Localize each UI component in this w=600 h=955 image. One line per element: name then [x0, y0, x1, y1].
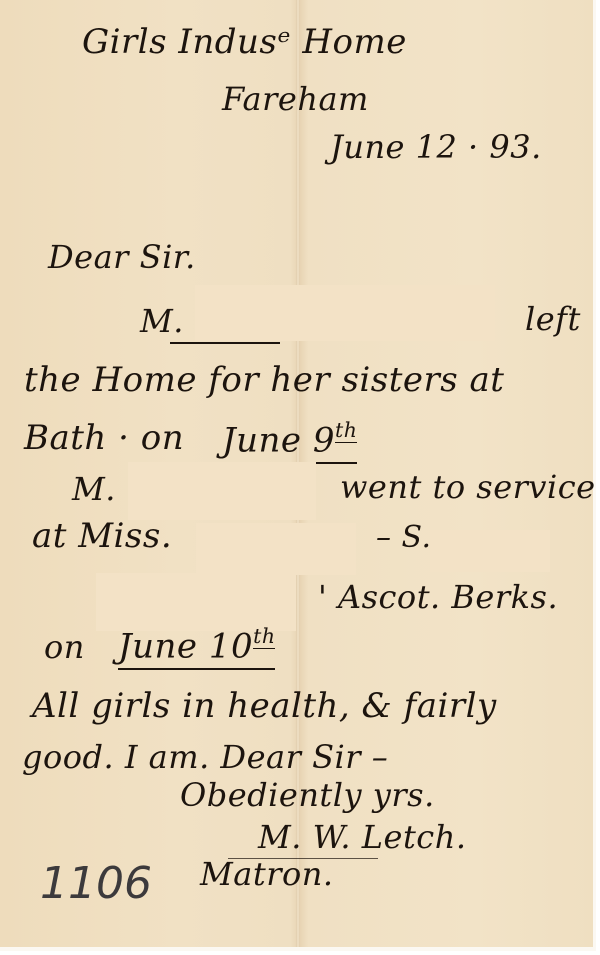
date-suffix: th [253, 624, 275, 649]
letterhead-institution: Girls Indusᵉ Home [82, 22, 407, 62]
body-line7-start: on [44, 628, 85, 666]
date-text: June 10 [118, 626, 253, 666]
body-line6-end: ' Ascot. Berks. [318, 578, 558, 616]
redacted-name [196, 523, 356, 575]
body-line5-start: at Miss. [32, 516, 172, 556]
date-suffix: th [335, 418, 357, 443]
body-line4-end: went to service [340, 468, 596, 506]
body-line7-date: June 10th [118, 624, 275, 670]
body-line9: good. I am. Dear Sir – [22, 738, 388, 776]
closing: Obediently yrs. [180, 776, 435, 814]
body-line1-start: M. [140, 302, 184, 340]
body-line3-start: Bath · on [24, 418, 184, 458]
letter-page: Girls Indusᵉ Home Fareham June 12 · 93. … [0, 0, 596, 951]
body-line5-mid: – S. [376, 520, 432, 555]
redacted-text [430, 530, 550, 572]
signatory-title: Matron. [200, 855, 334, 893]
letterhead-place: Fareham [222, 80, 369, 118]
archive-number: 1106 [40, 858, 152, 909]
signature: M. W. Letch. [258, 818, 467, 856]
redacted-name [195, 285, 495, 341]
body-line1-end: left [525, 300, 581, 338]
body-line8: All girls in health, & fairly [32, 686, 497, 726]
date-text: June 9 [222, 420, 335, 460]
body-line2: the Home for her sisters at [24, 360, 504, 400]
signature-line [228, 858, 378, 859]
letter-date: June 12 · 93. [330, 128, 542, 166]
redacted-name [128, 462, 316, 520]
salutation: Dear Sir. [48, 238, 196, 276]
body-line4-start: M. [72, 470, 116, 508]
redacted-address [96, 573, 296, 631]
underline-mark [170, 342, 280, 344]
body-line3-date: June 9th [222, 418, 357, 464]
